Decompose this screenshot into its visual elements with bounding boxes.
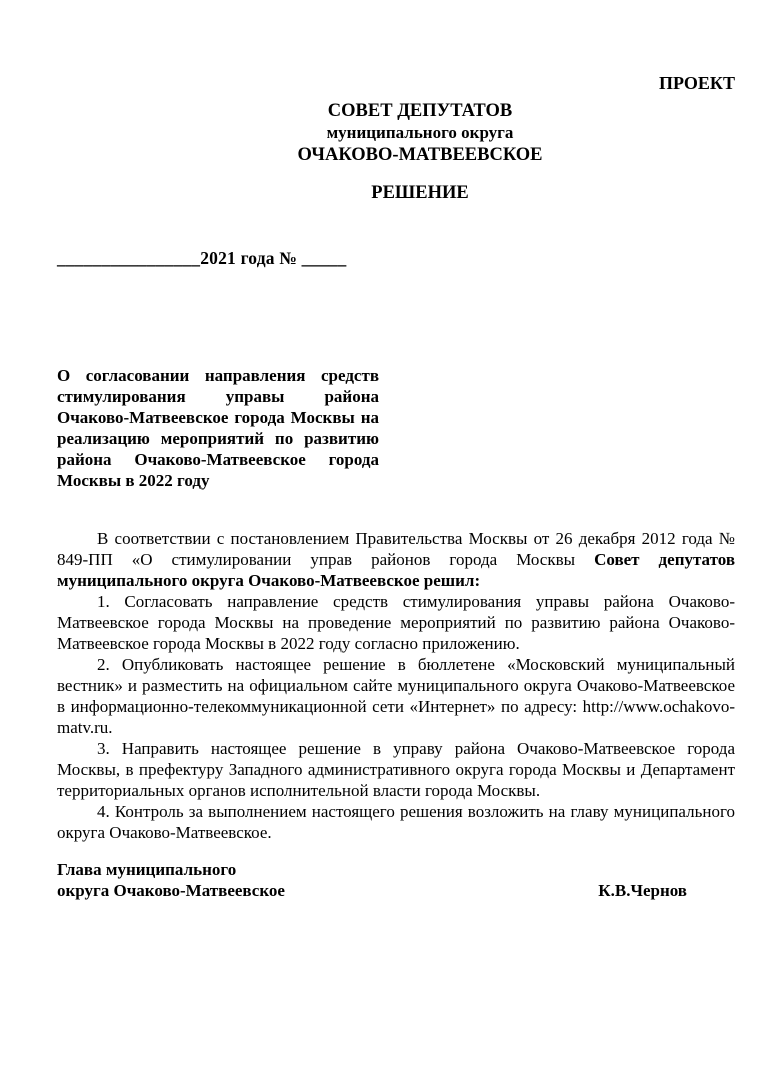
decision-item-4: 4. Контроль за выполнением настоящего ре… bbox=[57, 801, 735, 843]
decision-item-2: 2. Опубликовать настоящее решение в бюлл… bbox=[57, 654, 735, 738]
decision-body: В соответствии с постановлением Правител… bbox=[57, 528, 735, 843]
preamble-paragraph: В соответствии с постановлением Правител… bbox=[57, 528, 735, 591]
org-name-line2: муниципального округа bbox=[105, 122, 735, 144]
document-type-title: РЕШЕНИЕ bbox=[57, 182, 735, 204]
decision-title: О согласовании направления средств стиму… bbox=[57, 365, 379, 491]
org-name-line1: СОВЕТ ДЕПУТАТОВ bbox=[105, 100, 735, 122]
signature-position-line1: Глава муниципального bbox=[57, 859, 735, 880]
draft-stamp: ПРОЕКТ bbox=[57, 73, 735, 94]
document-page: ПРОЕКТ СОВЕТ ДЕПУТАТОВ муниципального ок… bbox=[0, 0, 762, 1078]
org-name-line3: ОЧАКОВО-МАТВЕЕВСКОЕ bbox=[105, 144, 735, 166]
org-header: СОВЕТ ДЕПУТАТОВ муниципального округа ОЧ… bbox=[57, 100, 735, 166]
signature-name: К.В.Чернов bbox=[598, 880, 687, 901]
signature-position-line2: округа Очаково-Матвеевское bbox=[57, 880, 285, 901]
decision-item-1: 1. Согласовать направление средств стиму… bbox=[57, 591, 735, 654]
signature-block: Глава муниципального округа Очаково-Матв… bbox=[57, 859, 735, 901]
decision-item-3: 3. Направить настоящее решение в управу … bbox=[57, 738, 735, 801]
date-number-line: ________________2021 года № _____ bbox=[57, 247, 735, 269]
